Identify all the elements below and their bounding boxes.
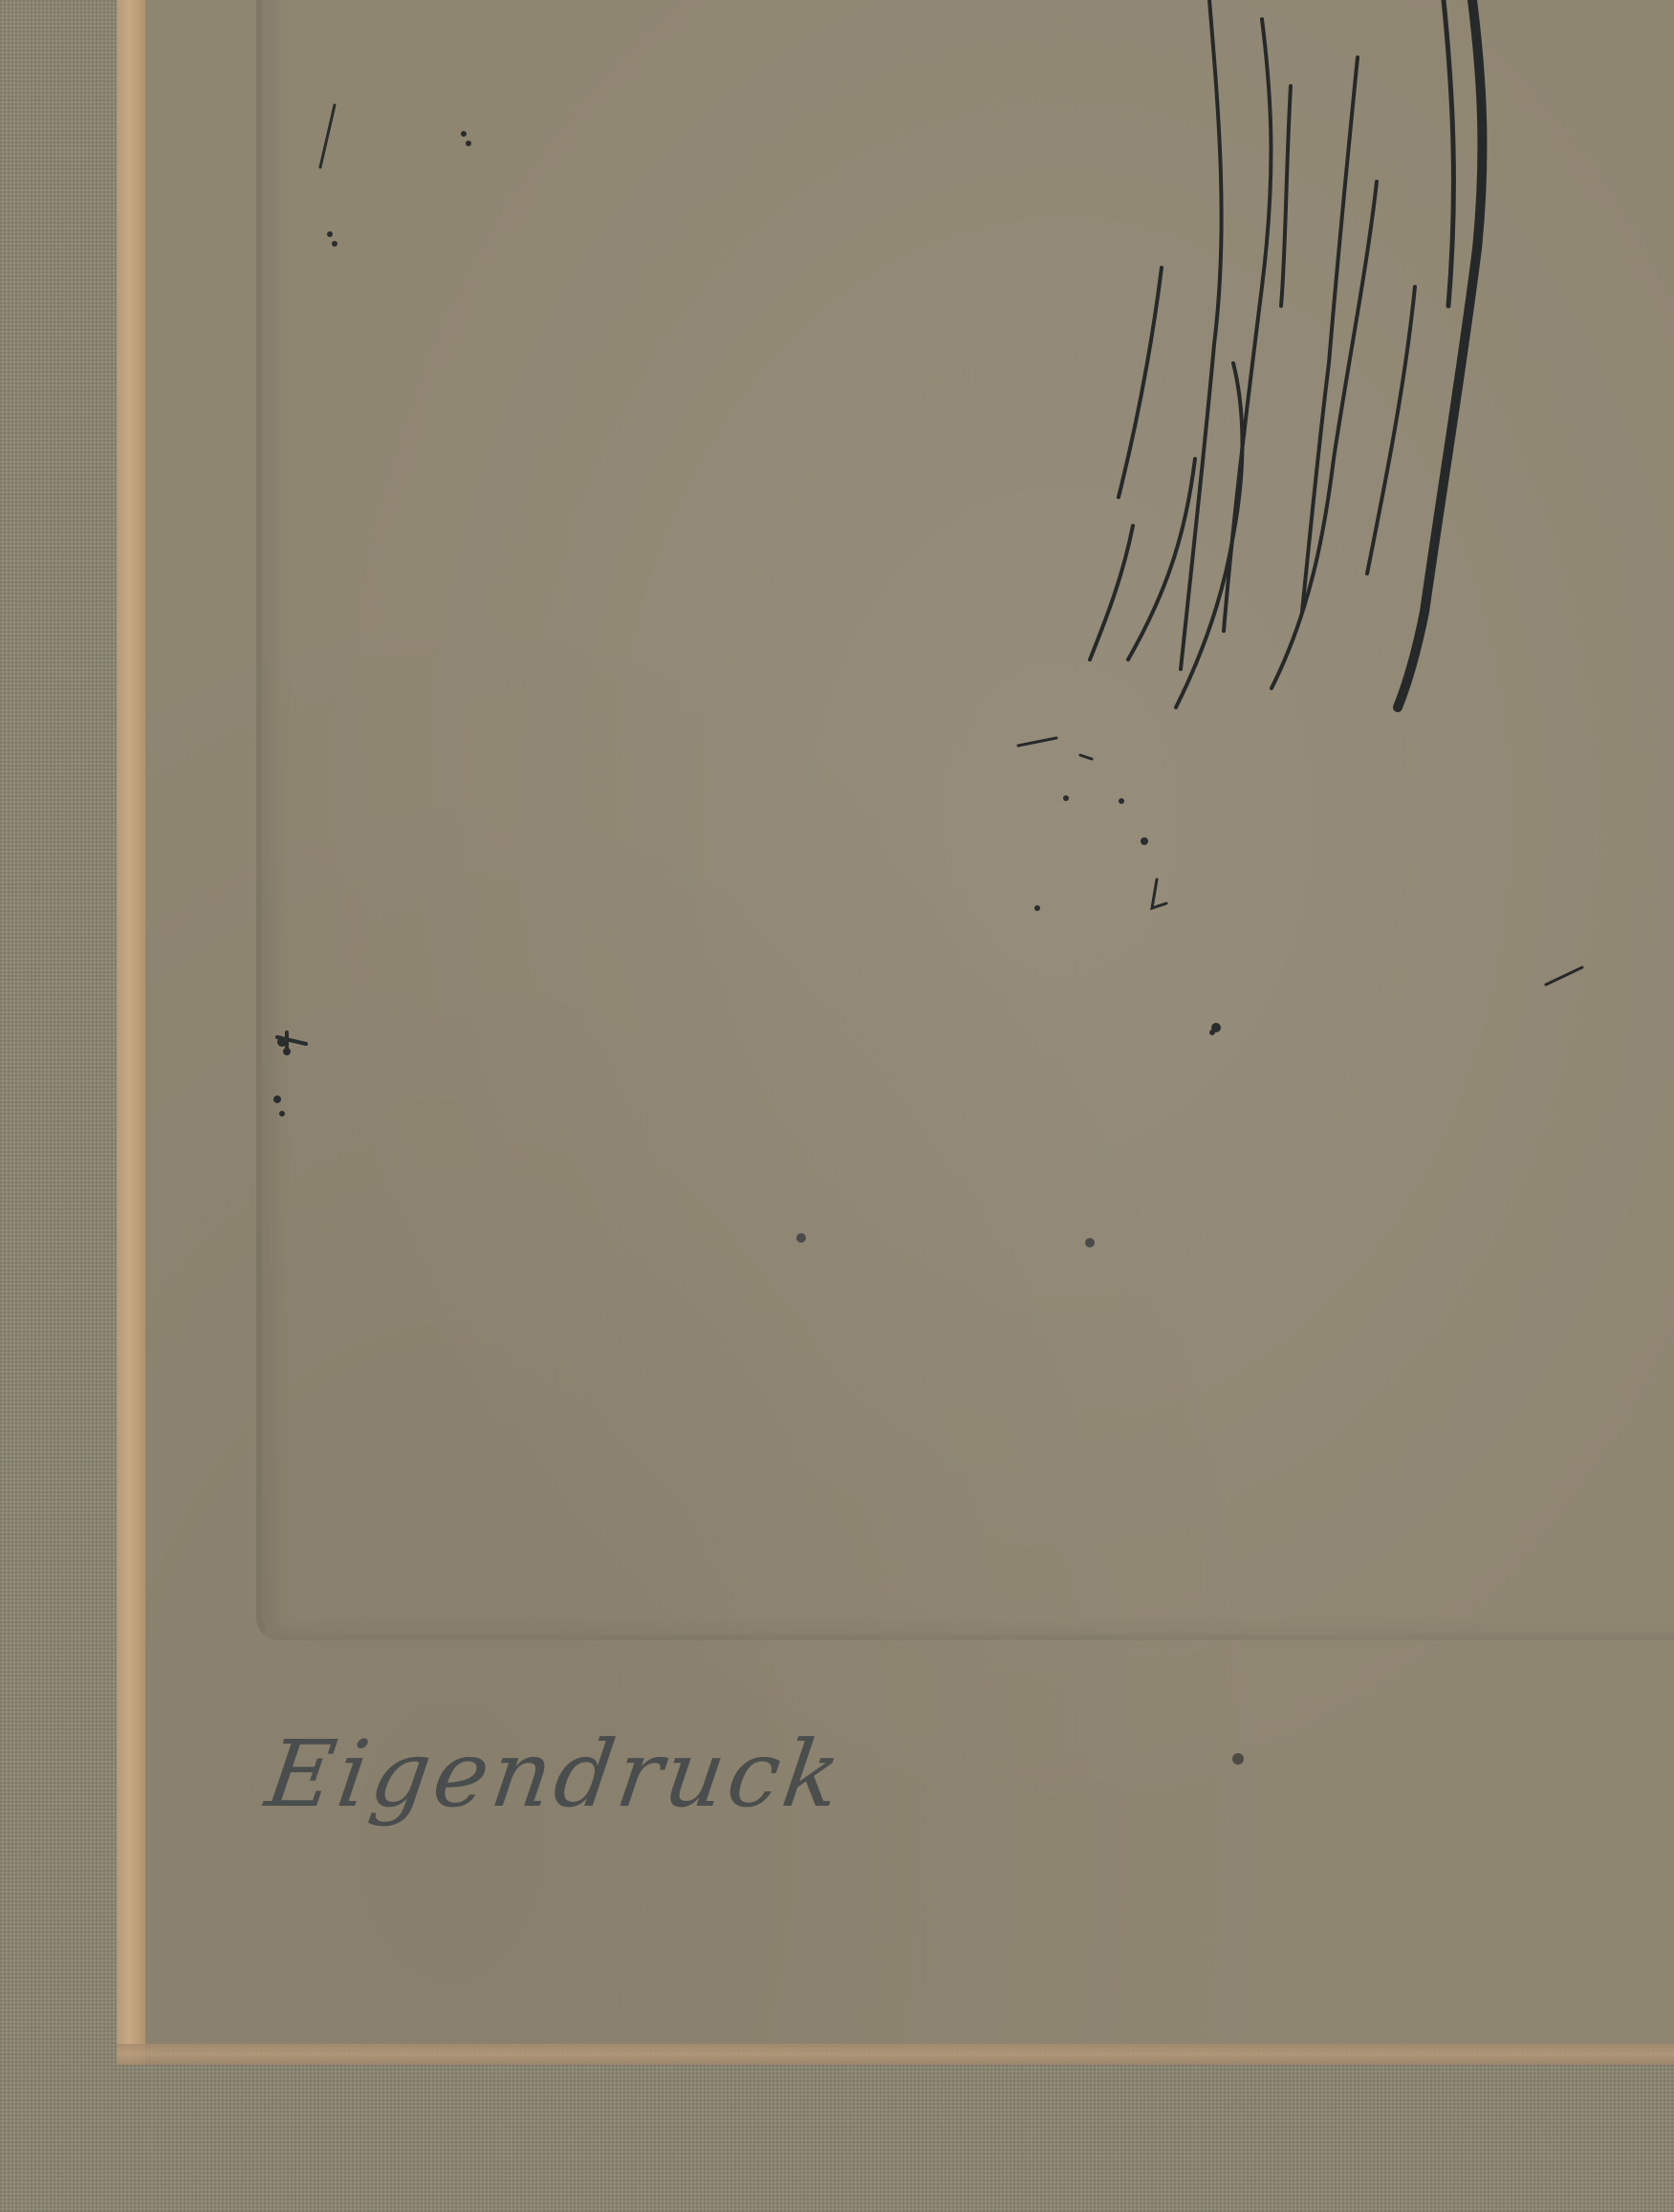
pencil-inscription: Eigendruck <box>260 1721 851 1828</box>
tree-trunk-etching <box>0 0 1674 2212</box>
